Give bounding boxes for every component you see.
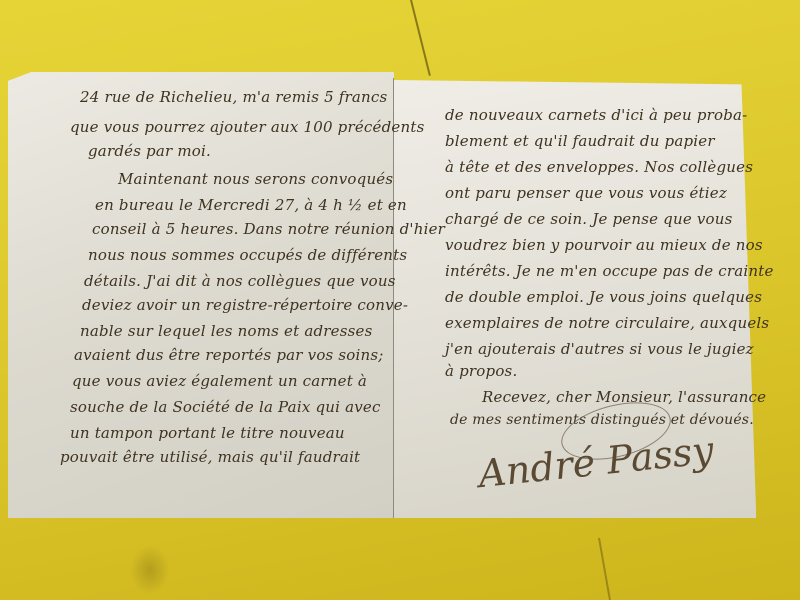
- handwritten-line: nous nous sommes occupés de différents: [88, 246, 407, 264]
- handwritten-line: exemplaires de notre circulaire, auxquel…: [445, 314, 769, 332]
- handwritten-line: nable sur lequel les noms et adresses: [80, 322, 372, 340]
- handwritten-line: pouvait être utilisé, mais qu'il faudrai…: [60, 448, 360, 466]
- handwritten-line: chargé de ce soin. Je pense que vous: [445, 210, 733, 228]
- handwritten-line: blement et qu'il faudrait du papier: [445, 132, 715, 150]
- handwritten-line: conseil à 5 heures. Dans notre réunion d…: [92, 220, 445, 238]
- handwritten-line: ont paru penser que vous vous étiez: [445, 184, 727, 202]
- letter: 24 rue de Richelieu, m'a remis 5 francs …: [0, 0, 800, 600]
- handwritten-line: avaient dus être reportés par vos soins;: [74, 346, 384, 364]
- handwritten-line: détails. J'ai dit à nos collègues que vo…: [84, 272, 396, 290]
- handwritten-line: que vous pourrez ajouter aux 100 précéde…: [70, 118, 424, 136]
- handwritten-line: un tampon portant le titre nouveau: [70, 424, 345, 442]
- handwritten-line: souche de la Société de la Paix qui avec: [70, 398, 381, 416]
- handwritten-line: gardés par moi.: [88, 142, 211, 160]
- handwritten-line: à tête et des enveloppes. Nos collègues: [445, 158, 753, 176]
- handwritten-line: deviez avoir un registre-répertoire conv…: [82, 296, 408, 314]
- handwritten-line: voudrez bien y pourvoir au mieux de nos: [445, 236, 763, 254]
- handwritten-line: de nouveaux carnets d'ici à peu proba-: [445, 106, 747, 124]
- handwritten-line: en bureau le Mercredi 27, à 4 h ½ et en: [95, 196, 407, 214]
- handwritten-line: Maintenant nous serons convoqués: [118, 170, 393, 188]
- handwritten-line: de double emploi. Je vous joins quelques: [445, 288, 762, 306]
- handwritten-line: j'en ajouterais d'autres si vous le jugi…: [445, 340, 754, 358]
- handwritten-line: à propos.: [445, 362, 517, 380]
- handwritten-line: intérêts. Je ne m'en occupe pas de crain…: [445, 262, 774, 280]
- handwritten-line: 24 rue de Richelieu, m'a remis 5 francs: [80, 88, 387, 106]
- handwritten-line: que vous aviez également un carnet à: [72, 372, 367, 390]
